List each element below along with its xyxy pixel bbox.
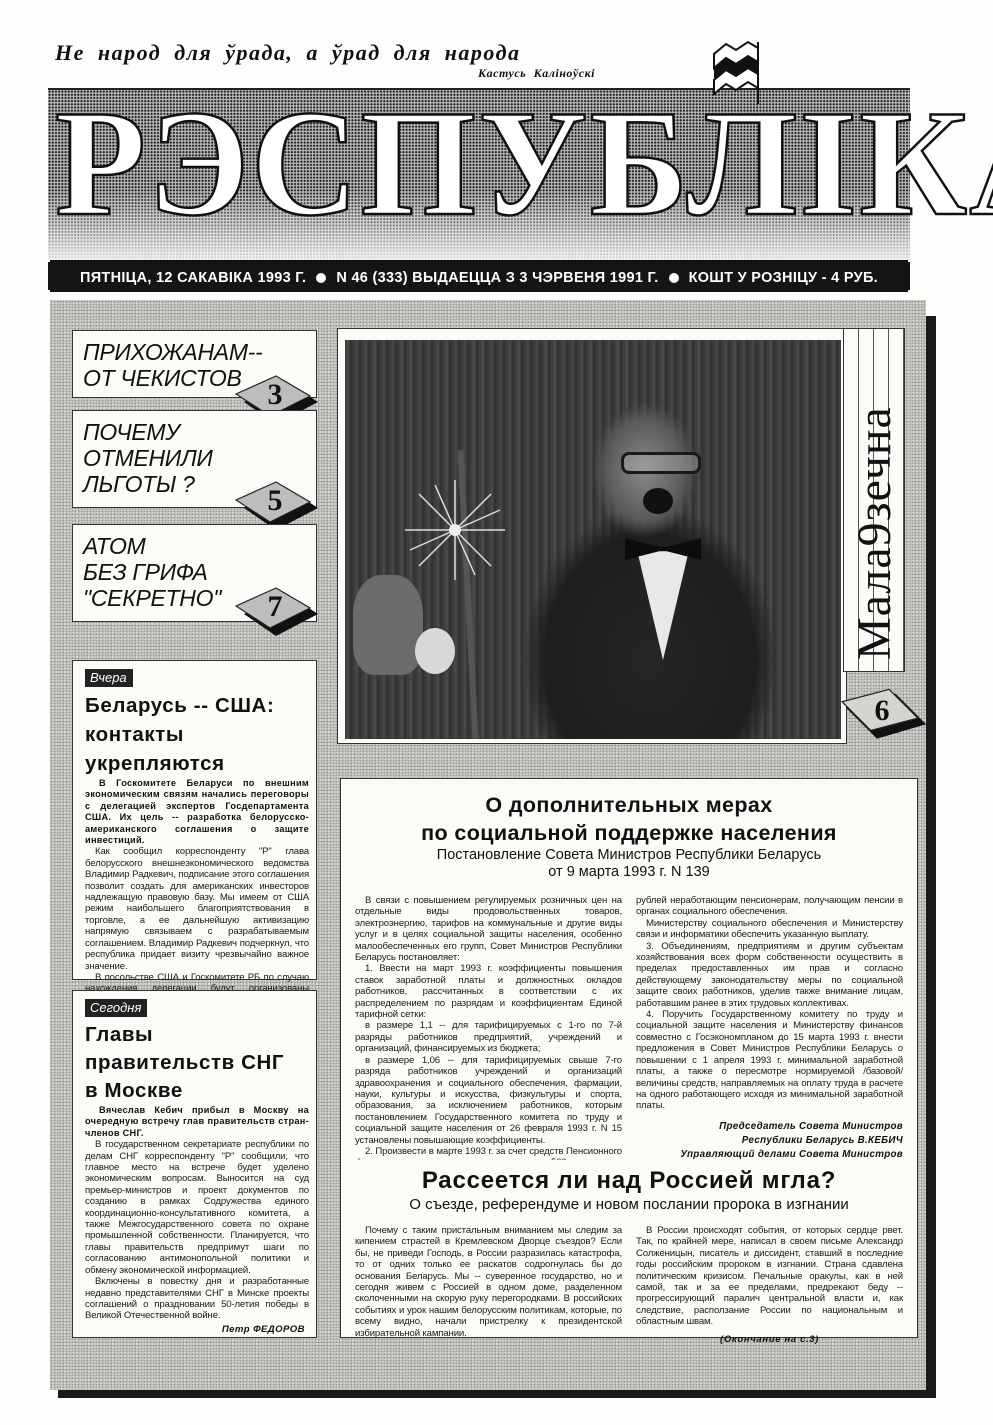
article-headline: О дополнительных мерах по социальной под… — [341, 791, 917, 847]
column-left: В связи с повышением регулируемых рознич… — [355, 895, 622, 1176]
byline: Петр ФЕДОРОВ — [85, 1324, 309, 1335]
dateline-bar: ПЯТНІЦА, 12 САКАВІКА 1993 Г. N 46 (333) … — [48, 262, 910, 290]
open-mouth — [643, 488, 673, 514]
article-lead: Вячеслав Кебич прибыл в Москву на очеред… — [85, 1105, 309, 1139]
page-tag-7[interactable]: 7 — [236, 588, 314, 632]
article-subtitle: О съезде, референдуме и новом послании п… — [341, 1196, 917, 1213]
article-russia: Рассеется ли над Россией мгла? О съезде,… — [340, 1160, 918, 1338]
column-right: рублей неработающим пенсионерам, получаю… — [636, 895, 903, 1176]
article-yesterday: Вчера Беларусь -- США: контакты укрепляю… — [72, 660, 317, 980]
article-paragraph: в размере 1,1 -- для тарифицируемых с 1-… — [355, 1020, 622, 1054]
article-paragraph: Включены в повестку дня и разработанные … — [85, 1276, 309, 1322]
article-paragraph: Министерству социального обеспечения и М… — [636, 918, 903, 941]
issue-number: N 46 (333) ВЫДАЕЦЦА З 3 ЧЭРВЕНЯ 1991 Г. — [336, 270, 658, 286]
article-lead: В Госкомитете Беларуси по внешним эконом… — [85, 778, 309, 846]
masthead-motto: Не народ для ўрада, а ўрад для народа — [55, 40, 520, 66]
bullet-icon — [669, 273, 679, 283]
article-headline: Главы правительств СНГ в Москве — [85, 1021, 309, 1105]
sparkle-icon — [405, 480, 505, 580]
article-today: Сегодня Главы правительств СНГ в Москве … — [72, 990, 317, 1338]
article-headline: Рассеется ли над Россией мгла? — [341, 1166, 917, 1196]
rubric-label: Сегодня — [85, 999, 147, 1017]
shirt-front — [637, 550, 689, 660]
article-paragraph: В связи с повышением регулируемых рознич… — [355, 895, 622, 963]
hand — [353, 575, 423, 675]
bullet-icon — [316, 273, 326, 283]
article-paragraph: В государственном секретариате республик… — [85, 1139, 309, 1276]
teaser-text: АТОМ — [83, 533, 306, 559]
article-paragraph: Почему с таким пристальным вниманием мы … — [355, 1225, 622, 1339]
article-columns: Почему с таким пристальным вниманием мы … — [341, 1225, 917, 1345]
article-paragraph: В России происходят события, от которых … — [636, 1225, 903, 1328]
teaser-text: ПРИХОЖАНАМ-- — [83, 339, 306, 365]
column-right: В России происходят события, от которых … — [636, 1225, 903, 1345]
page-tag-6[interactable]: 6 — [842, 688, 922, 736]
vertical-feature-title[interactable]: Мала9зечна — [845, 328, 905, 668]
teaser-text: ПОЧЕМУ — [83, 419, 306, 445]
article-paragraph: в размере 1,06 -- для тарифицируемых свы… — [355, 1055, 622, 1146]
article-paragraph: 3. Объединениям, предприятиям и другим с… — [636, 941, 903, 1009]
continuation-link[interactable]: (Окончание на с.3) — [636, 1334, 903, 1345]
issue-date: ПЯТНІЦА, 12 САКАВІКА 1993 Г. — [80, 270, 306, 286]
page-tag-5[interactable]: 5 — [236, 482, 314, 526]
article-columns: В связи с повышением регулируемых рознич… — [341, 895, 917, 1176]
teaser-text: БЕЗ ГРИФА — [83, 559, 306, 585]
singer-photo[interactable] — [345, 340, 841, 739]
article-headline: Беларусь -- США: контакты укрепляются — [85, 691, 309, 778]
teaser-text: ОТМЕНИЛИ — [83, 445, 306, 471]
article-paragraph: 1. Ввести на март 1993 г. коэффициенты п… — [355, 963, 622, 1020]
article-paragraph: 4. Поручить Государственному комитету по… — [636, 1009, 903, 1112]
glasses — [621, 452, 701, 474]
frame-shadow — [926, 316, 936, 1396]
newspaper-title: РЭСПУБЛІКА — [55, 88, 898, 238]
column-left: Почему с таким пристальным вниманием мы … — [355, 1225, 622, 1345]
shirt-cuff — [415, 628, 455, 674]
article-paragraph: рублей неработающим пенсионерам, получаю… — [636, 895, 903, 918]
article-resolution: О дополнительных мерах по социальной под… — [340, 778, 918, 1162]
article-subtitle: Постановление Совета Министров Республик… — [341, 847, 917, 881]
rubric-label: Вчера — [85, 669, 133, 687]
article-paragraph: Как сообщил корреспонденту "Р" глава бел… — [85, 846, 309, 971]
issue-price: КОШТ У РОЗНІЦУ - 4 РУБ. — [689, 270, 878, 286]
